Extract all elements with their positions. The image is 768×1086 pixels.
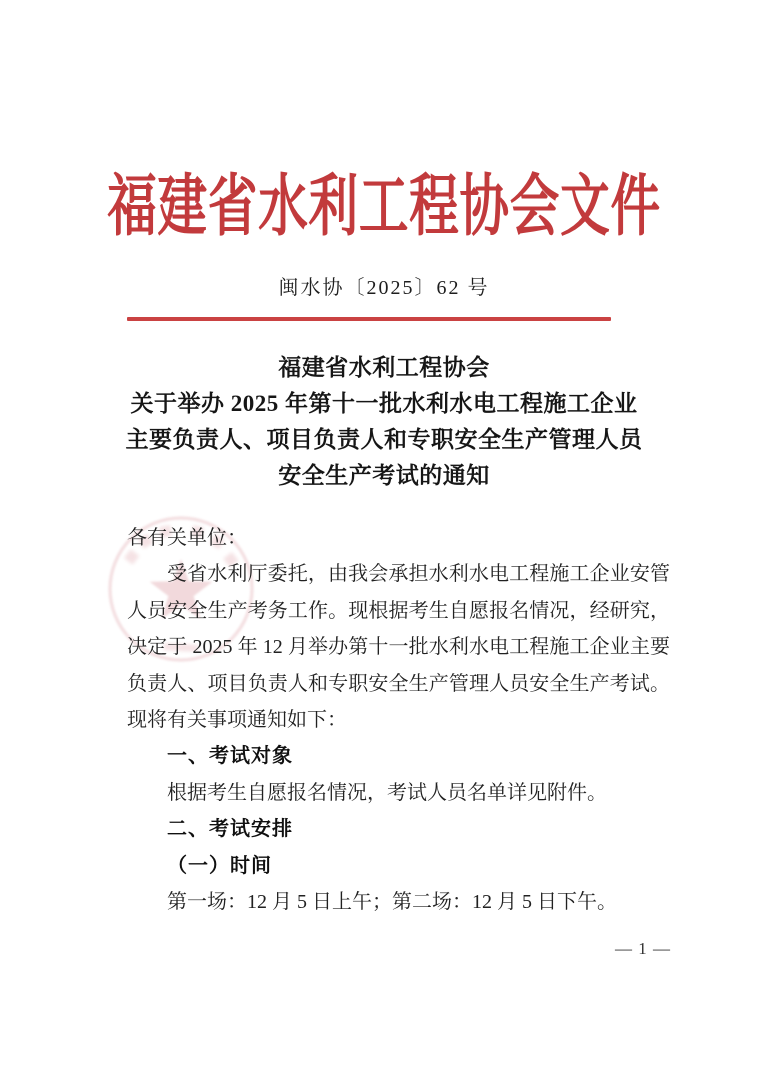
red-divider-rule	[127, 317, 611, 321]
notice-title-line: 安全生产考试的通知	[60, 458, 708, 494]
page-number: — 1 —	[593, 938, 693, 960]
notice-title-line: 福建省水利工程协会	[60, 350, 708, 386]
section-heading: 二、考试安排	[127, 811, 670, 847]
body-paragraph: 根据考生自愿报名情况，考试人员名单详见附件。	[127, 775, 670, 811]
salutation-line: 各有关单位：	[127, 520, 670, 556]
notice-title: 福建省水利工程协会关于举办 2025 年第十一批水利水电工程施工企业主要负责人、…	[60, 350, 708, 494]
masthead-title: 福建省水利工程协会文件	[100, 170, 668, 244]
section-heading: 一、考试对象	[127, 738, 670, 774]
section-heading: （一）时间	[127, 848, 670, 884]
document-number: 闽水协〔2025〕62 号	[0, 275, 768, 301]
notice-body: 各有关单位：受省水利厅委托，由我会承担水利水电工程施工企业安管人员安全生产考务工…	[127, 520, 670, 920]
scanned-document-page: 福建省水利工程协会文件 闽水协〔2025〕62 号 福建省水利工程协会关于举办 …	[0, 0, 768, 1086]
body-paragraph: 第一场：12 月 5 日上午；第二场：12 月 5 日下午。	[127, 884, 670, 920]
body-paragraph: 受省水利厅委托，由我会承担水利水电工程施工企业安管人员安全生产考务工作。现根据考…	[127, 556, 670, 738]
notice-title-line: 主要负责人、项目负责人和专职安全生产管理人员	[60, 422, 708, 458]
notice-title-line: 关于举办 2025 年第十一批水利水电工程施工企业	[60, 386, 708, 422]
